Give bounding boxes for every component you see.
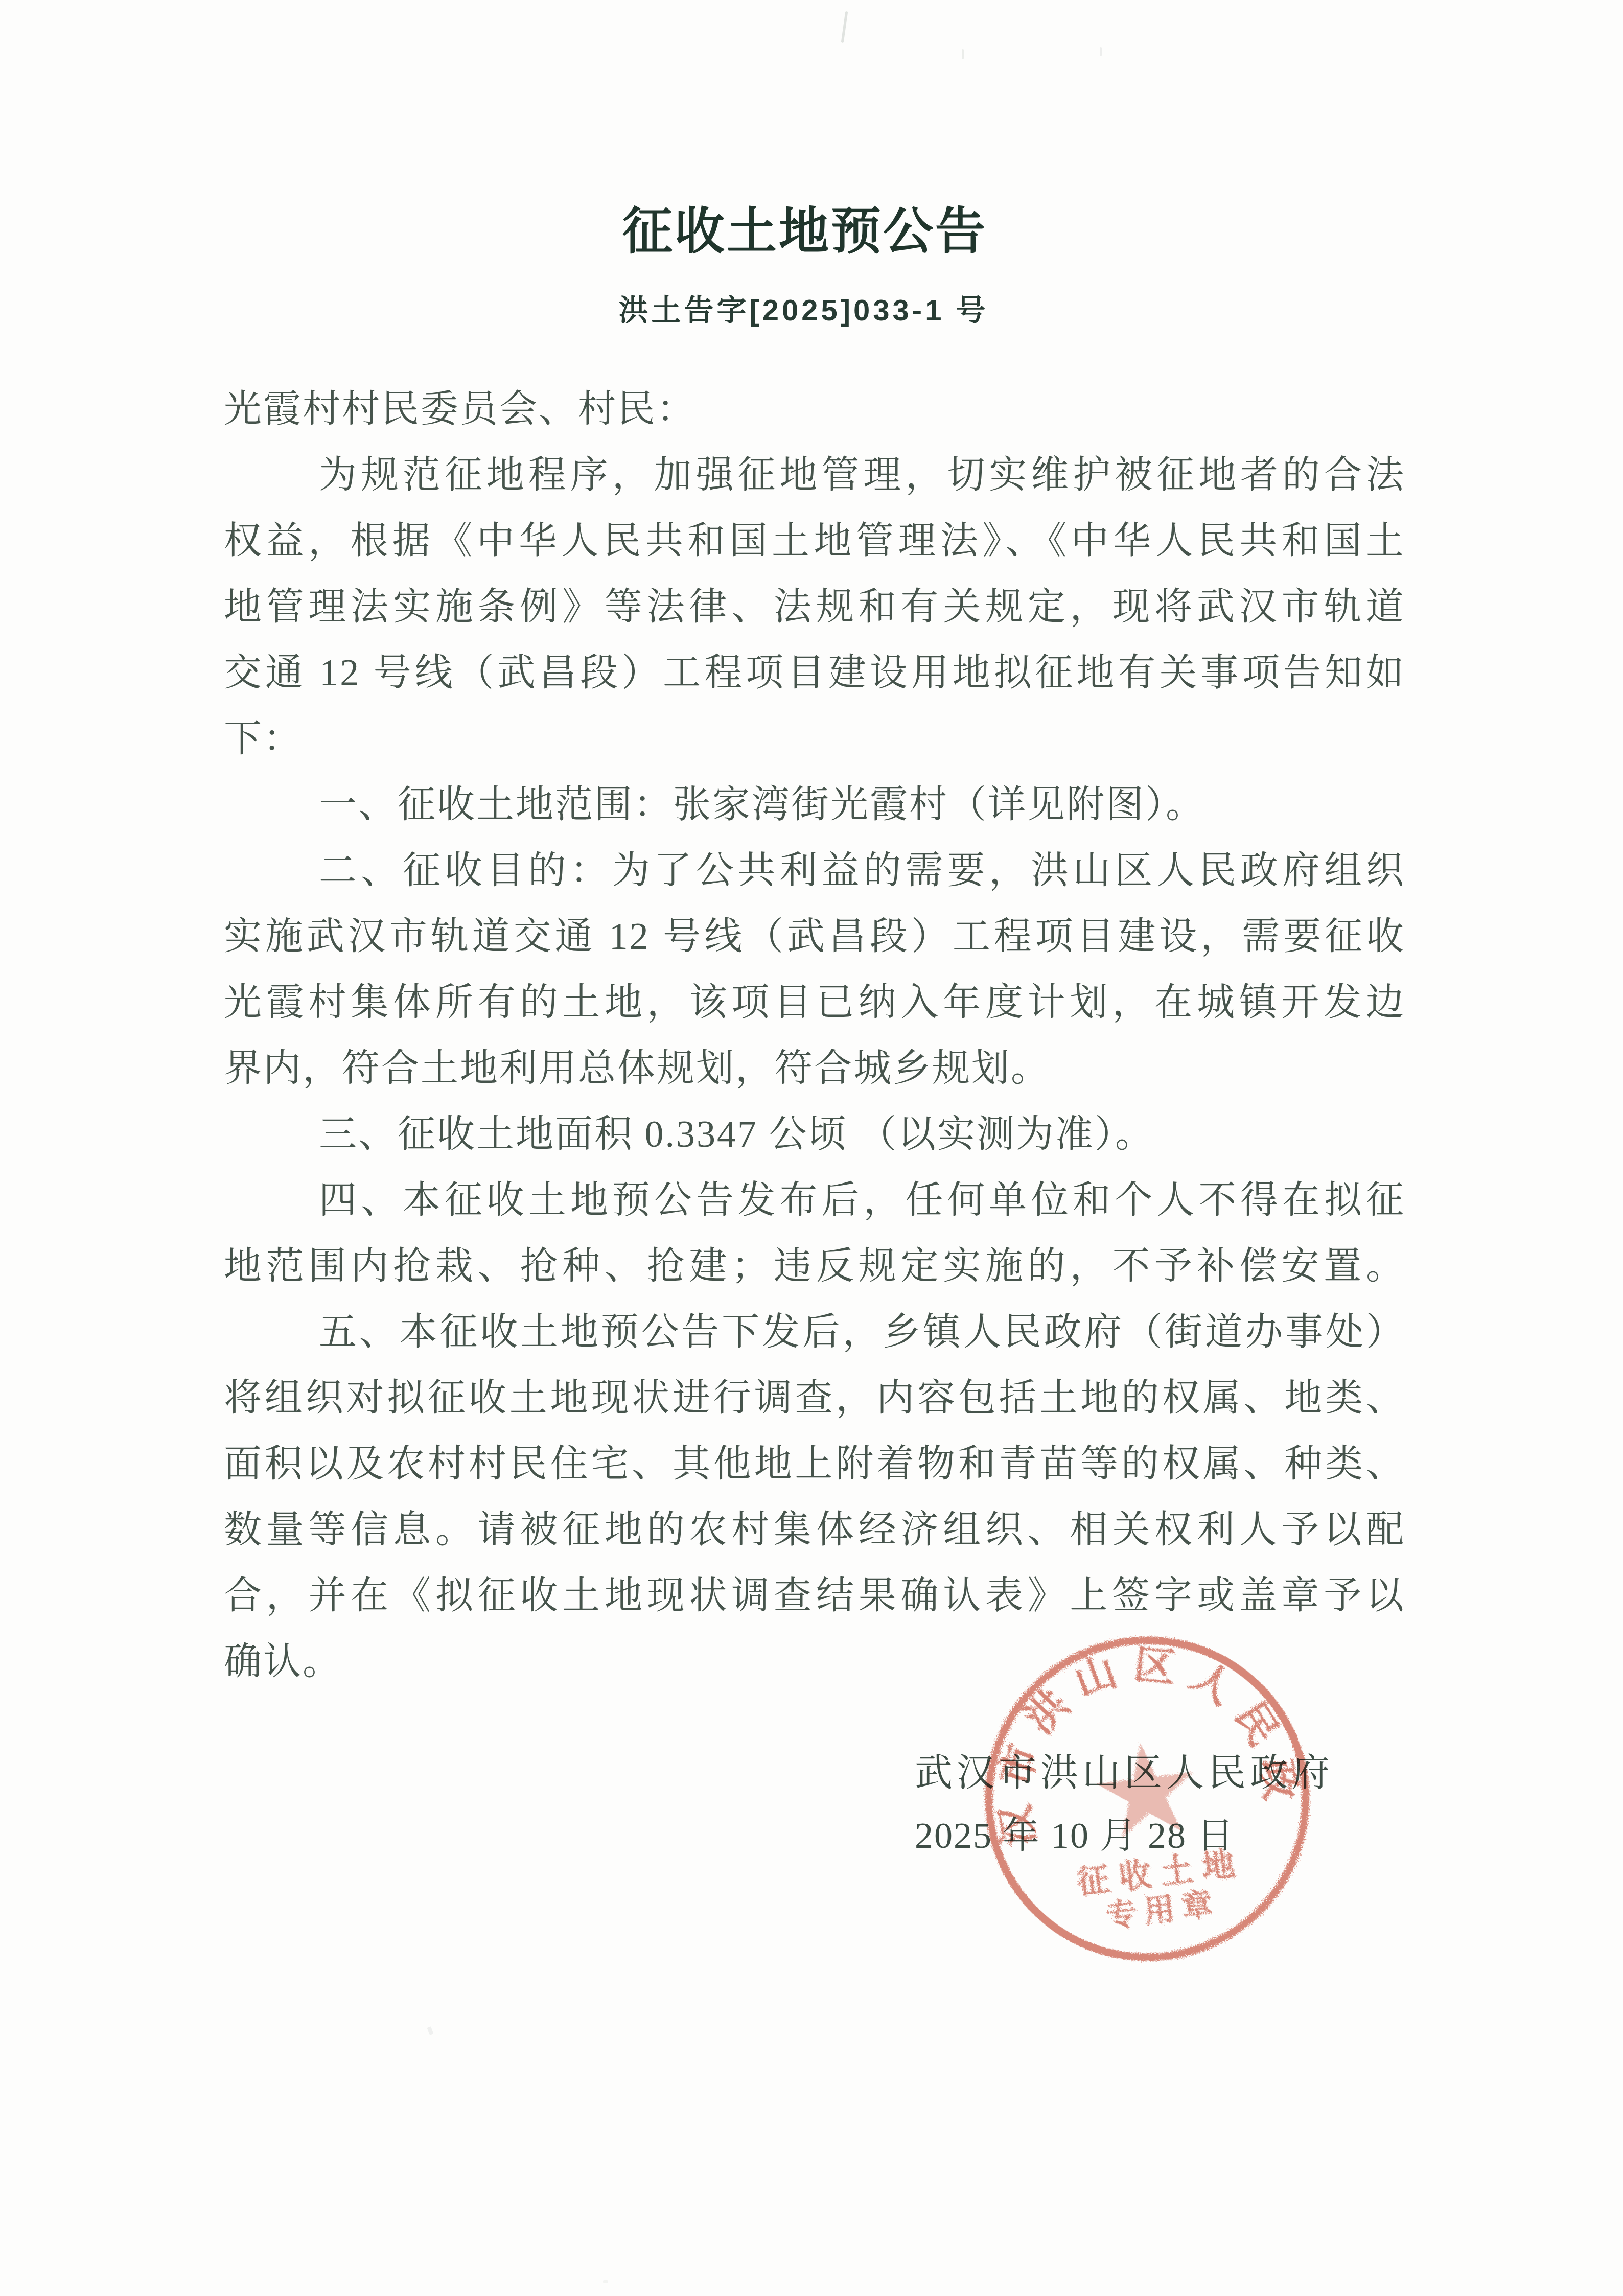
paragraph-5: 四、本征收土地预公告发布后，任何单位和个人不得在拟征 地范围内抢栽、抢种、抢建；…	[224, 1168, 1405, 1300]
body-line: 数量等信息。请被征地的农村集体经济组织、相关权利人予以配	[224, 1497, 1405, 1563]
body-line: 二、征收目的：为了公共利益的需要，洪山区人民政府组织	[224, 838, 1405, 904]
paragraph-1: 为规范征地程序，加强征地管理，切实维护被征地者的合法 权益，根据《中华人民共和国…	[224, 443, 1405, 772]
body-line: 为规范征地程序，加强征地管理，切实维护被征地者的合法	[224, 443, 1405, 508]
paragraph-2: 一、征收土地范围：张家湾街光霞村（详见附图）。	[224, 772, 1405, 838]
body-line: 交通 12 号线（武昌段）工程项目建设用地拟征地有关事项告知如	[224, 640, 1405, 706]
paragraph-3: 二、征收目的：为了公共利益的需要，洪山区人民政府组织 实施武汉市轨道交通 12 …	[224, 838, 1405, 1102]
official-seal: 武汉市洪山区人民政府 征收土地 专用章	[954, 1605, 1341, 1992]
document-number: 洪土告字[2025]033-1 号	[0, 286, 1607, 335]
body-line: 一、征收土地范围：张家湾街光霞村（详见附图）。	[224, 772, 1405, 838]
document-title: 征收土地预公告	[0, 200, 1610, 262]
scan-artifact	[1100, 47, 1102, 56]
paragraph-4: 三、征收土地面积 0.3347 公顷 （以实测为准）。	[224, 1102, 1405, 1168]
body-line: 地管理法实施条例》等法律、法规和有关规定，现将武汉市轨道	[224, 574, 1405, 640]
scan-artifact	[962, 49, 964, 59]
body-line: 五、本征收土地预公告下发后，乡镇人民政府（街道办事处）	[224, 1300, 1405, 1365]
scan-artifact	[427, 2026, 434, 2035]
body-line: 下：	[224, 706, 1405, 772]
body-line: 将组织对拟征收土地现状进行调查，内容包括土地的权属、地类、	[224, 1365, 1405, 1431]
seal-star-icon	[1092, 1737, 1200, 1841]
scanned-document-page: 征收土地预公告 洪土告字[2025]033-1 号 光霞村村民委员会、村民： 为…	[0, 0, 1623, 2296]
seal-inner-text-line1: 征收土地	[1075, 1844, 1246, 1900]
body-line: 界内，符合土地利用总体规划，符合城乡规划。	[224, 1036, 1405, 1102]
body-line: 地范围内抢栽、抢种、抢建；违反规定实施的，不予补偿安置。	[224, 1234, 1405, 1300]
body-line: 实施武汉市轨道交通 12 号线（武昌段）工程项目建设，需要征收	[224, 904, 1405, 970]
scan-artifact	[841, 11, 848, 43]
body-line: 光霞村集体所有的土地，该项目已纳入年度计划，在城镇开发边	[224, 970, 1405, 1036]
document-body: 光霞村村民委员会、村民： 为规范征地程序，加强征地管理，切实维护被征地者的合法 …	[224, 377, 1405, 1695]
salutation: 光霞村村民委员会、村民：	[224, 377, 1405, 443]
body-line: 权益，根据《中华人民共和国土地管理法》、《中华人民共和国土	[224, 508, 1405, 574]
body-line: 三、征收土地面积 0.3347 公顷 （以实测为准）。	[224, 1102, 1405, 1168]
body-line: 面积以及农村村民住宅、其他地上附着物和青苗等的权属、种类、	[224, 1431, 1405, 1497]
body-line: 四、本征收土地预公告发布后，任何单位和个人不得在拟征	[224, 1168, 1405, 1234]
scan-artifact	[603, 2280, 608, 2283]
